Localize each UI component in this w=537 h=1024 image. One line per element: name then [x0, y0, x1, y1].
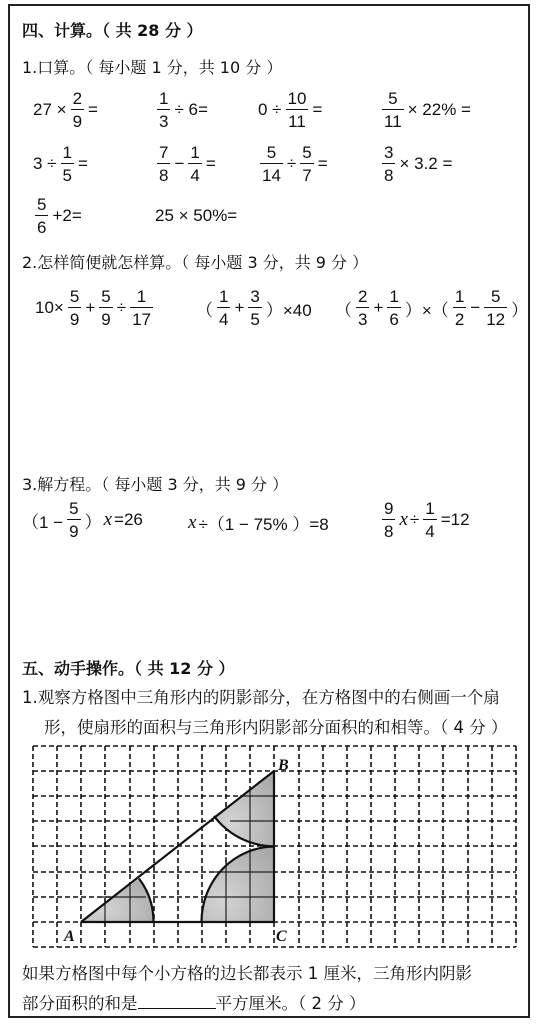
- label-b: B: [277, 757, 289, 774]
- grid-figure: A B C: [0, 0, 537, 1024]
- fill-question-line-2: 部分面积的和是平方厘米。（ 2 分 ）: [22, 990, 365, 1014]
- label-a: A: [63, 928, 75, 945]
- shaded-sector-c: [202, 847, 275, 922]
- shaded-sector-b: [214, 771, 274, 846]
- fill-question-line-1: 如果方格图中每个小方格的边长都表示 1 厘米，三角形内阴影: [22, 960, 472, 984]
- label-c: C: [276, 928, 287, 945]
- answer-blank[interactable]: [138, 992, 216, 1009]
